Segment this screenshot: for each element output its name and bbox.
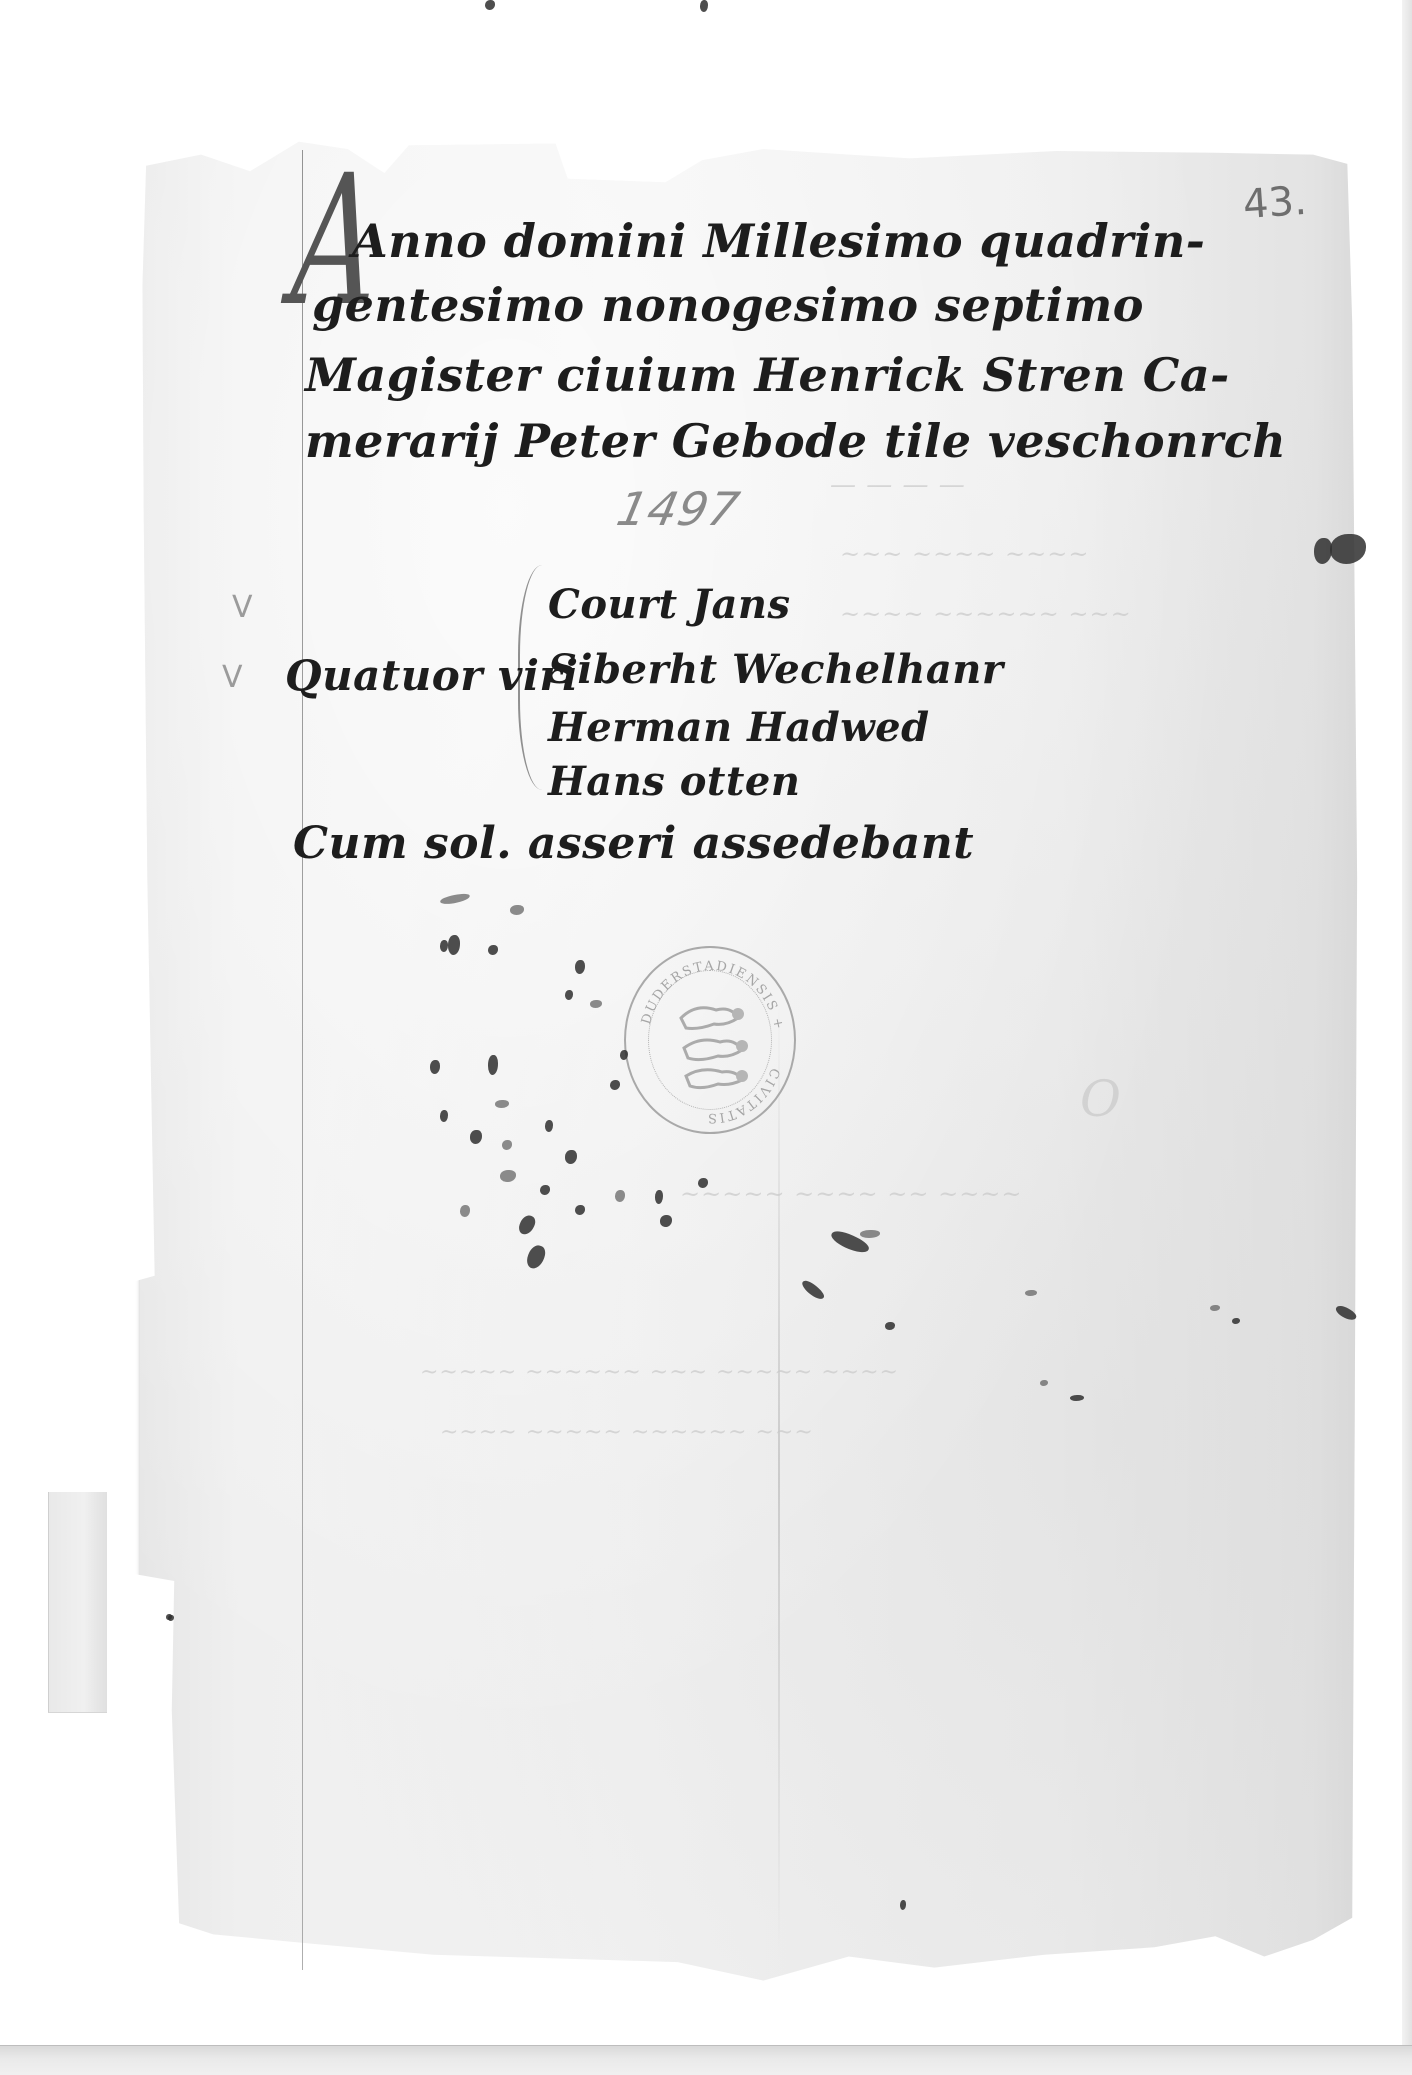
folio-number: 43. — [1241, 178, 1308, 228]
list-name-3: Herman Hadwed — [548, 708, 930, 748]
heading-line-4: merarij Peter Gebode tile veschonrch — [305, 418, 1286, 464]
seal-emblem-lion-icon: DUDERSTADIENSIS + SECRETUM CIVITATIS — [626, 948, 798, 1136]
bleed-through-text: ~~~~~ ~~~~ ~~ ~~~~ — [680, 1180, 1023, 1208]
pencil-date: 1497 — [612, 482, 745, 536]
list-label: Quatuor viri — [285, 655, 578, 697]
bleed-through-text: ~~~~ ~~~~~~ ~~~ — [840, 600, 1132, 628]
list-name-2: Siberht Wechelhanr — [548, 650, 1003, 690]
margin-check-mark: V — [232, 590, 253, 625]
scanner-edge-bottom — [0, 2045, 1412, 2075]
bleed-through-text: — — — — — [830, 470, 966, 500]
ink-blot-right-margin — [1310, 530, 1368, 570]
bleed-through-initial: O — [1080, 1070, 1122, 1128]
bleed-through-text: ~~~~ ~~~~~ ~~~~~~ ~~~ — [440, 1420, 814, 1445]
heading-line-2: gentesimo nonogesimo septimo — [312, 282, 1144, 328]
margin-check-mark: V — [222, 660, 243, 695]
archive-seal-stamp: DUDERSTADIENSIS + SECRETUM CIVITATIS — [624, 946, 796, 1134]
list-name-4: Hans otten — [548, 762, 800, 802]
closing-line: Cum sol. asseri assedebant — [293, 822, 974, 866]
torn-left-flap — [48, 1492, 107, 1713]
margin-ruling-line — [302, 150, 303, 1970]
fold-crease — [778, 1000, 780, 1960]
scanner-edge-right — [1402, 0, 1412, 2075]
bleed-through-text: ~~~~~ ~~~~~~ ~~~ ~~~~~ ~~~~ — [420, 1360, 899, 1385]
heading-line-1: Anno domini Millesimo quadrin- — [352, 218, 1205, 264]
list-name-1: Court Jans — [548, 585, 791, 625]
bleed-through-text: ~~~ ~~~~ ~~~~ — [840, 540, 1089, 568]
svg-text:DUDERSTADIENSIS + SECRETUM: DUDERSTADIENSIS + SECRETUM — [626, 948, 787, 1038]
heading-line-3: Magister ciuium Henrick Stren Ca- — [305, 352, 1230, 398]
